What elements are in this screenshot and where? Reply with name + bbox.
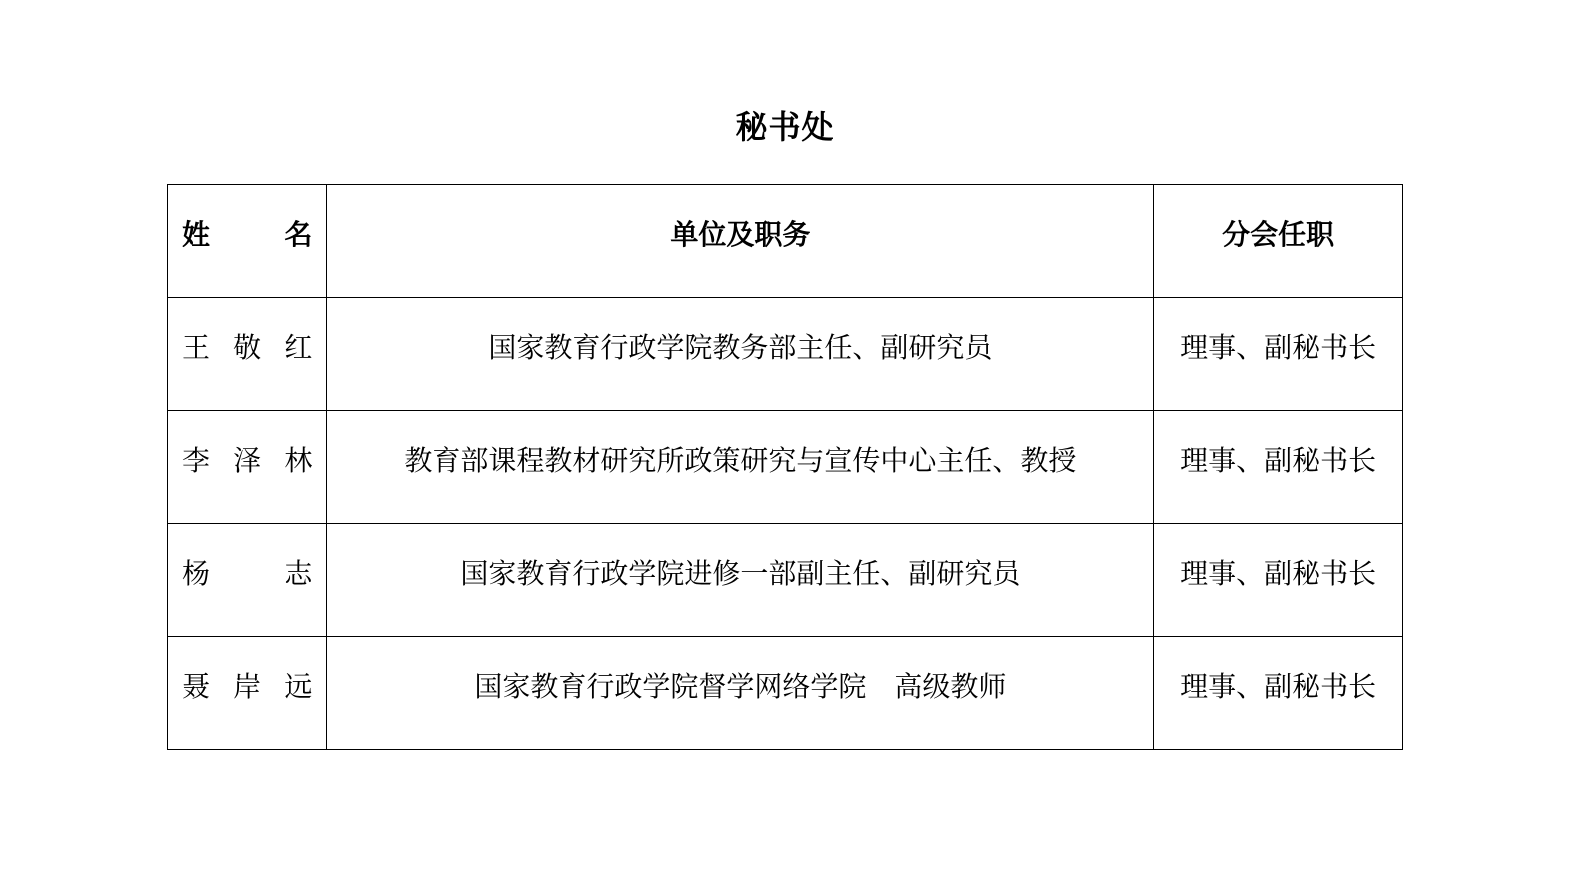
cell-unit-position: 国家教育行政学院教务部主任、副研究员 (327, 298, 1154, 411)
header-name-char: 名 (284, 215, 312, 255)
name-char: 王 (182, 328, 210, 368)
cell-name: 王 敬 红 (168, 298, 327, 411)
table-header-row: 姓 名 单位及职务 分会任职 (168, 185, 1403, 298)
cell-unit-position: 国家教育行政学院进修一部副主任、副研究员 (327, 524, 1154, 637)
name-char: 杨 (182, 554, 210, 594)
table-row: 聂 岸 远 国家教育行政学院督学网络学院 高级教师 理事、副秘书长 (168, 637, 1403, 750)
cell-branch-role: 理事、副秘书长 (1154, 524, 1403, 637)
cell-unit-position: 国家教育行政学院督学网络学院 高级教师 (327, 637, 1154, 750)
name-char: 李 (182, 441, 210, 481)
header-name-char: 姓 (182, 215, 210, 255)
header-branch-role: 分会任职 (1154, 185, 1403, 298)
table-row: 杨 志 国家教育行政学院进修一部副主任、副研究员 理事、副秘书长 (168, 524, 1403, 637)
table-row: 王 敬 红 国家教育行政学院教务部主任、副研究员 理事、副秘书长 (168, 298, 1403, 411)
secretariat-table: 姓 名 单位及职务 分会任职 王 敬 红 国家教育行政学院教务部主任、副研究员 … (167, 184, 1403, 750)
name-char: 聂 (182, 667, 210, 707)
cell-name: 杨 志 (168, 524, 327, 637)
table-row: 李 泽 林 教育部课程教材研究所政策研究与宣传中心主任、教授 理事、副秘书长 (168, 411, 1403, 524)
name-char: 敬 (233, 328, 261, 368)
name-char: 红 (284, 328, 312, 368)
name-char: 远 (284, 667, 312, 707)
cell-branch-role: 理事、副秘书长 (1154, 298, 1403, 411)
cell-branch-role: 理事、副秘书长 (1154, 637, 1403, 750)
cell-branch-role: 理事、副秘书长 (1154, 411, 1403, 524)
name-char: 岸 (233, 667, 261, 707)
header-unit-position: 单位及职务 (327, 185, 1154, 298)
name-char: 林 (284, 441, 312, 481)
header-name: 姓 名 (168, 185, 327, 298)
page-title: 秘书处 (0, 104, 1570, 150)
name-char: 志 (284, 554, 312, 594)
cell-unit-position: 教育部课程教材研究所政策研究与宣传中心主任、教授 (327, 411, 1154, 524)
cell-name: 李 泽 林 (168, 411, 327, 524)
name-char: 泽 (233, 441, 261, 481)
cell-name: 聂 岸 远 (168, 637, 327, 750)
